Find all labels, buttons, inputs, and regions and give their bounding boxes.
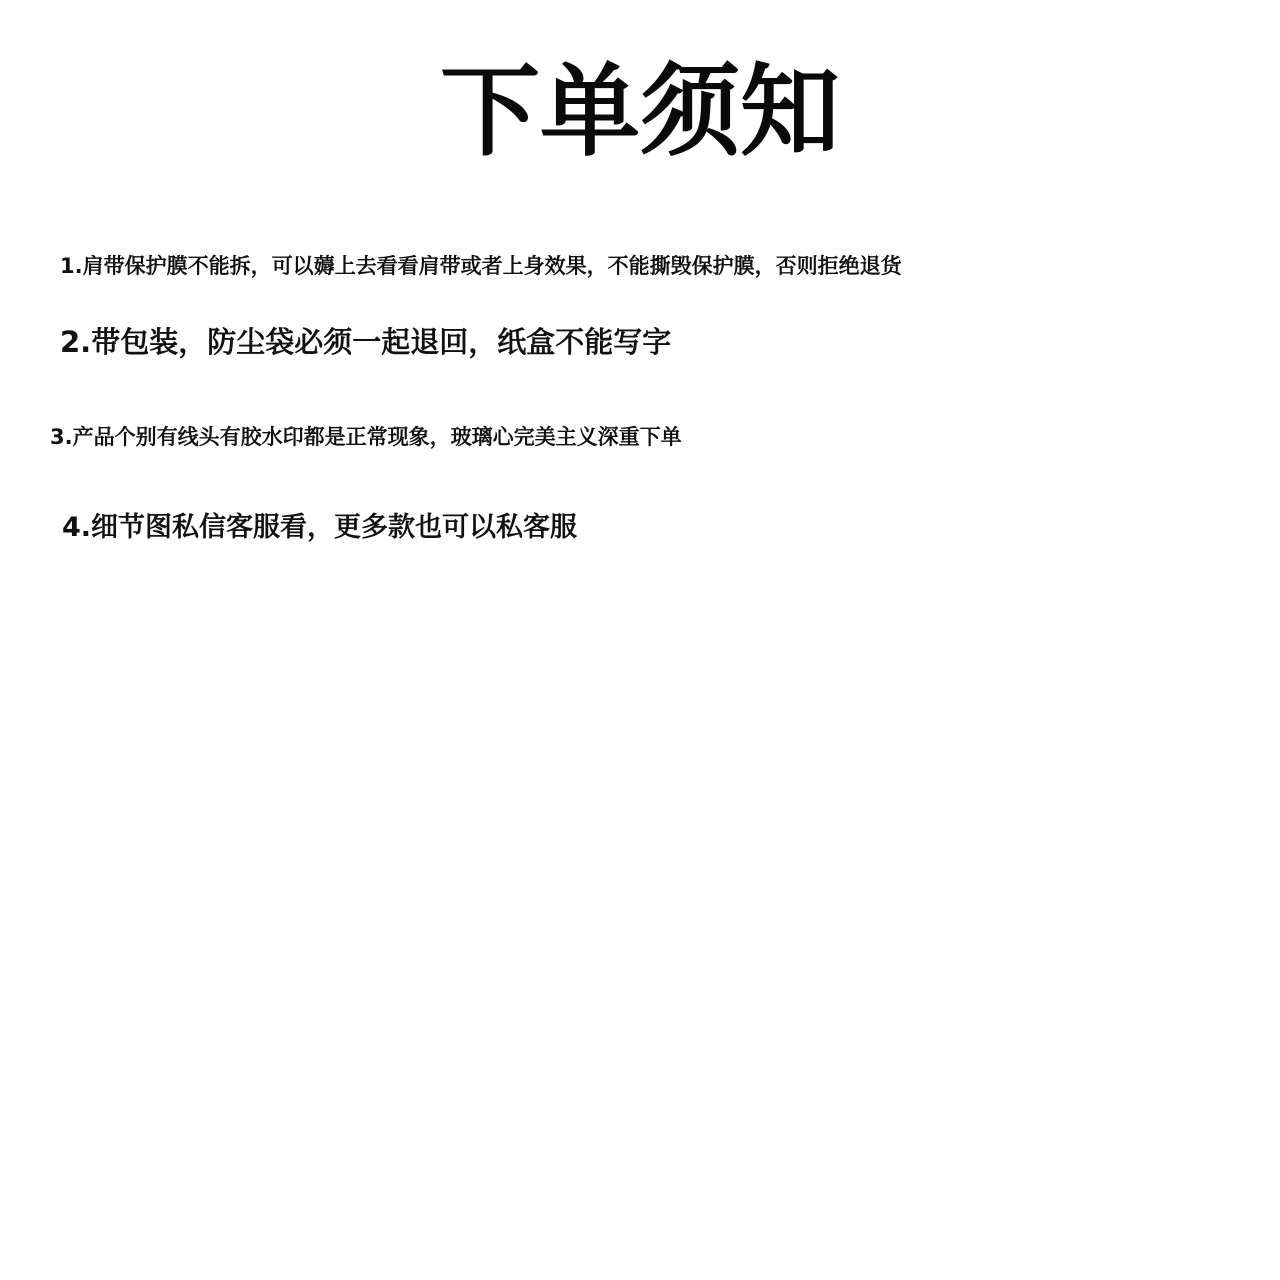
note-4: 4.细节图私信客服看，更多款也可以私客服 bbox=[62, 505, 577, 544]
note-1: 1.肩带保护膜不能拆，可以薅上去看看肩带或者上身效果，不能撕毁保护膜，否则拒绝退… bbox=[60, 250, 902, 280]
note-3: 3.产品个别有线头有胶水印都是正常现象，玻璃心完美主义深重下单 bbox=[50, 421, 682, 451]
note-2: 2.带包装，防尘袋必须一起退回，纸盒不能写字 bbox=[60, 320, 671, 361]
page-title: 下单须知 bbox=[0, 52, 1280, 172]
